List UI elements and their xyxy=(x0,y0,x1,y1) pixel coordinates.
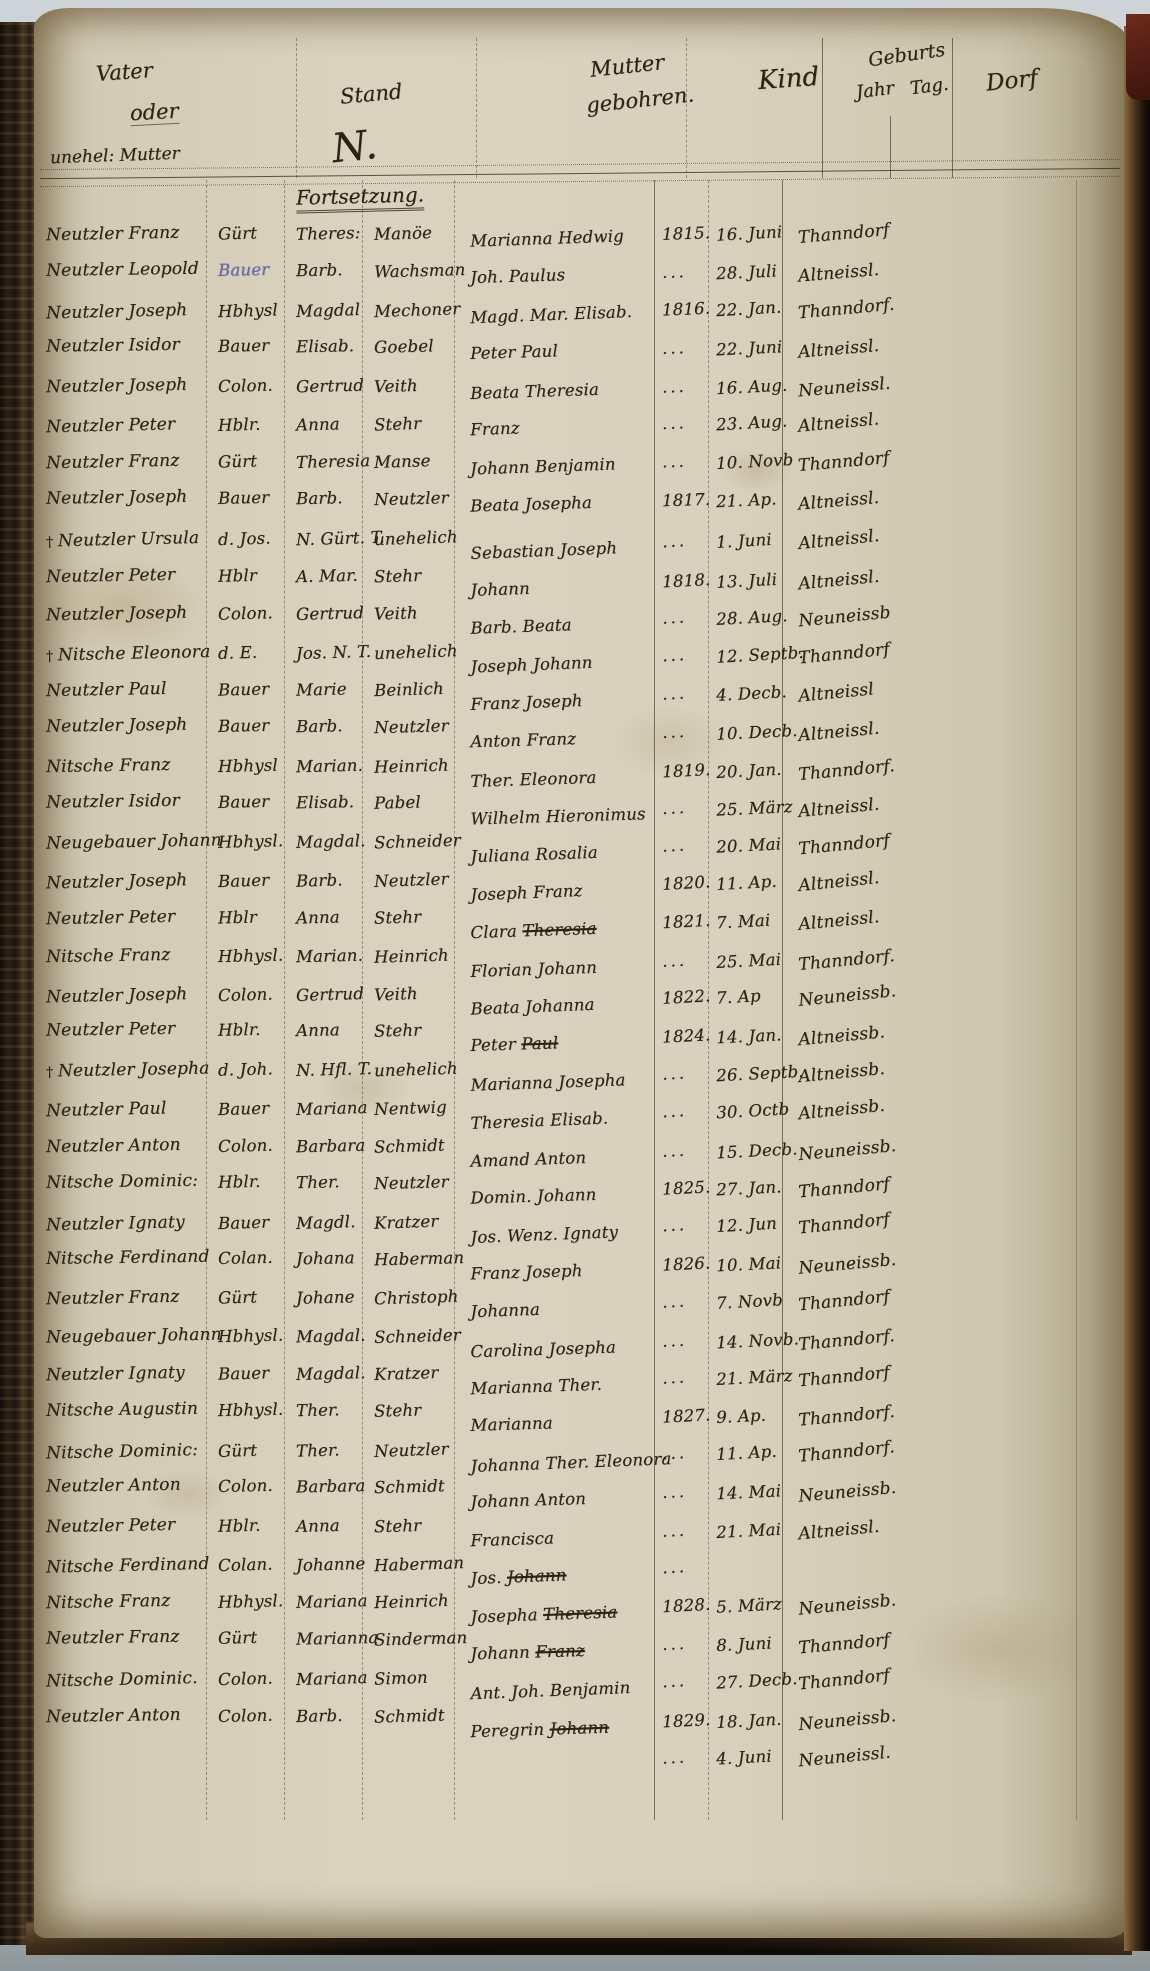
village-cell: Neuneissb. xyxy=(798,1590,898,1619)
mother-surname-cell: Stehr xyxy=(374,907,422,927)
stand-cell: Colon. xyxy=(218,984,273,1005)
column-header-village: Dorf xyxy=(985,65,1039,96)
mother-firstname-cell: Magdal xyxy=(296,300,361,321)
mother-firstname-cell: N. Hfl. T. xyxy=(296,1059,372,1080)
birth-year-cell: 1821. xyxy=(662,911,711,932)
birth-day-cell: 7. Novb xyxy=(716,1290,784,1312)
stand-cell: Bauer xyxy=(218,716,270,736)
child-name-cell: Barb. Beata xyxy=(470,615,572,638)
birth-day-cell: 27. Jan. xyxy=(716,1177,782,1199)
register-row: Neugebauer JohannHbhysl.Magdal.Schneider… xyxy=(34,1322,1128,1362)
column-header-birth: Geburts xyxy=(867,39,947,72)
mother-firstname-cell: Magdl. xyxy=(296,1212,356,1233)
child-name-cell: Peter Paul xyxy=(470,341,558,363)
village-cell: Neuneissb. xyxy=(798,1136,898,1165)
father-name-cell: Neutzler Anton xyxy=(46,1475,181,1497)
birth-year-cell: ... xyxy=(662,1141,688,1161)
father-name-cell: Neutzler Joseph xyxy=(46,487,188,509)
page-stack-edge xyxy=(1124,26,1150,1951)
village-cell: Altneissl. xyxy=(797,409,880,436)
stand-cell: Hbhysl xyxy=(218,756,278,776)
mother-surname-cell: Neutzler xyxy=(374,869,449,891)
mother-firstname-cell: Marianna xyxy=(296,1628,379,1649)
register-row: Neutzler JosephBauerBarb.NeutzlerAnton F… xyxy=(34,711,1128,754)
birth-day-cell: 14. Mai xyxy=(716,1481,782,1503)
village-cell: Altneissl. xyxy=(797,260,880,287)
child-name-cell: Wilhelm Hieronimus xyxy=(470,804,646,828)
birth-day-cell: 13. Juli xyxy=(716,570,778,592)
mother-firstname-cell: Anna xyxy=(296,907,340,927)
birth-year-cell: ... xyxy=(662,1063,688,1083)
stand-cell: Colon. xyxy=(218,603,273,623)
mother-surname-cell: Kratzer xyxy=(374,1363,439,1384)
mother-surname-cell: Neutzler xyxy=(374,1439,449,1461)
mother-surname-cell: unehelich xyxy=(374,641,458,663)
village-cell: Altneissl. xyxy=(797,526,880,554)
register-row: Neutzler JosephColon.GertrudVeithBarb. B… xyxy=(34,600,1128,638)
child-name-cell: Johanna xyxy=(470,1300,540,1321)
mother-firstname-cell: A. Mar. xyxy=(296,566,358,586)
child-name-cell: Franz Joseph xyxy=(470,1261,583,1283)
village-cell: Thanndorf xyxy=(798,1209,891,1238)
birth-day-cell: 18. Jan. xyxy=(716,1710,782,1732)
father-name-cell: Nitsche Ferdinand xyxy=(46,1247,210,1269)
register-row: Neutzler IsidorBauerElisab.GoebelPeter P… xyxy=(34,331,1128,374)
child-name-cell: Johann Franz xyxy=(470,1641,585,1663)
stand-cell: Bauer xyxy=(218,1363,270,1383)
register-row: Neutzler JosephBauerBarb.NeutzlerJoseph … xyxy=(34,864,1128,906)
village-cell: Altneissb. xyxy=(798,1059,886,1087)
register-page: Vater oder Stand Mutter gebohren. Kind G… xyxy=(34,8,1128,1938)
village-cell: Altneissl. xyxy=(797,336,880,363)
child-name-cell: Jos. Wenz. Ignaty xyxy=(470,1222,618,1247)
father-name-cell: Neutzler Peter xyxy=(46,907,176,929)
birth-day-cell: 10. Decb. xyxy=(716,721,798,744)
village-cell: Altneissl. xyxy=(798,795,881,822)
left-margin-note: unehel: Mutter xyxy=(50,144,180,169)
mother-firstname-cell: Barb. xyxy=(296,870,343,890)
birth-year-cell: 1820. xyxy=(662,872,711,894)
child-name-cell: Clara Theresia xyxy=(470,919,597,942)
village-cell: Thanndorf xyxy=(798,1665,891,1694)
mother-surname-cell: Kratzer xyxy=(374,1212,439,1233)
birth-year-cell: 1824. xyxy=(662,1025,711,1046)
column-header-child: Kind xyxy=(757,62,820,96)
mother-firstname-cell: Gertrud xyxy=(296,376,364,397)
village-cell: Thanndorf xyxy=(798,1174,891,1202)
village-cell: Neuneissb. xyxy=(798,981,898,1011)
mother-surname-cell: Stehr xyxy=(374,414,422,435)
father-name-cell: † Nitsche Eleonora xyxy=(46,642,211,666)
stand-cell: Hblr xyxy=(218,907,257,927)
village-cell: Thanndorf xyxy=(798,831,891,860)
mother-firstname-cell: Marian. xyxy=(296,756,363,777)
village-cell: Thanndorf xyxy=(798,1630,891,1658)
child-name-cell: Peregrin Johann xyxy=(470,1718,609,1742)
father-name-cell: Neutzler Peter xyxy=(46,414,176,437)
birth-day-cell: 25. März xyxy=(716,797,793,820)
column-divider xyxy=(686,38,687,178)
birth-day-cell: 8. Juni xyxy=(716,1633,772,1655)
child-name-cell: Carolina Josepha xyxy=(470,1338,616,1362)
birth-year-cell: 1819. xyxy=(662,760,711,781)
birth-year-cell: 1817. xyxy=(662,490,711,510)
birth-year-cell: ... xyxy=(662,951,688,971)
child-name-cell: Ther. Eleonora xyxy=(470,768,597,791)
birth-day-cell: 14. Jan. xyxy=(716,1025,782,1047)
mother-surname-cell: Pabel xyxy=(374,792,421,812)
village-cell: Altneissl. xyxy=(797,488,880,515)
birth-year-cell: ... xyxy=(662,798,688,818)
birth-day-cell: 10. Mai xyxy=(716,1253,782,1275)
village-cell: Thanndorf xyxy=(798,639,891,668)
book-binding xyxy=(0,22,38,1945)
stand-cell: Colon. xyxy=(218,1136,273,1156)
mother-surname-cell: Haberman xyxy=(374,1248,465,1269)
child-name-cell: Franz xyxy=(470,418,520,439)
child-name-cell: Anton Franz xyxy=(470,729,576,751)
mother-firstname-cell: Magdal. xyxy=(296,1326,366,1347)
register-row: Neutzler FranzGürtJohaneChristophJohanna… xyxy=(34,1284,1128,1322)
mother-surname-cell: Heinrich xyxy=(374,756,449,777)
village-cell: Altneissb. xyxy=(797,1096,885,1125)
mother-surname-cell: Neutzler xyxy=(374,716,449,737)
father-name-cell: Neutzler Joseph xyxy=(46,375,188,397)
mother-firstname-cell: Johana xyxy=(296,1248,355,1268)
father-name-cell: Neutzler Anton xyxy=(46,1135,181,1157)
birth-day-cell: 25. Mai xyxy=(716,950,782,972)
village-cell: Thanndorf. xyxy=(798,1437,896,1467)
stand-cell: d. E. xyxy=(218,643,258,663)
father-name-cell: Neutzler Joseph xyxy=(46,715,188,737)
stand-cell: Bauer xyxy=(218,679,270,699)
child-name-cell: Amand Anton xyxy=(470,1148,586,1171)
register-row: Nitsche FranzHbhyslMarian.HeinrichTher. … xyxy=(34,752,1128,792)
village-cell: Thanndorf xyxy=(798,1287,891,1316)
stand-cell: Gürt xyxy=(218,223,258,243)
birth-day-cell: 10. Novb xyxy=(716,450,794,473)
mother-surname-cell: Wachsman xyxy=(374,260,466,281)
stand-cell: Hbhysl. xyxy=(218,831,284,852)
village-cell: Thanndorf. xyxy=(797,295,895,324)
register-row: Neutzler PeterHblrAnnaStehrClara Theresi… xyxy=(34,904,1128,942)
birth-year-cell: ... xyxy=(662,607,688,627)
mother-firstname-cell: Gertrud xyxy=(296,603,364,624)
village-cell: Thanndorf xyxy=(797,448,890,476)
father-name-cell: Nitsche Ferdinand xyxy=(46,1554,210,1578)
column-header-father-line2: oder xyxy=(129,99,179,127)
mother-firstname-cell: Barb. xyxy=(296,1706,343,1726)
village-cell: Neuneissl. xyxy=(797,374,891,402)
father-name-cell: † Neutzler Ursula xyxy=(46,528,200,552)
father-name-cell: Neutzler Paul xyxy=(46,1098,167,1121)
birth-day-cell: 7. Mai xyxy=(716,911,771,933)
birth-year-cell: 1827. xyxy=(662,1405,711,1426)
village-cell: Altneissl. xyxy=(797,868,880,896)
register-row: Neutzler FranzGürtTheres:ManöeMarianna H… xyxy=(34,220,1128,258)
section-letter: N. xyxy=(330,122,380,172)
birth-year-cell: ... xyxy=(662,1557,688,1577)
village-cell: Thanndorf. xyxy=(798,1326,896,1355)
birth-day-cell: 1. Juni xyxy=(716,530,773,552)
father-name-cell: Nitsche Franz xyxy=(46,1591,171,1613)
mother-surname-cell: unehelich xyxy=(374,1059,458,1081)
village-cell: Thanndorf xyxy=(798,1363,891,1392)
village-cell: Altneissl. xyxy=(798,907,881,935)
column-divider xyxy=(822,38,823,178)
section-subtitle: Fortsetzung. xyxy=(296,182,425,213)
child-name-cell: Domin. Johann xyxy=(470,1185,597,1208)
mother-surname-cell: Veith xyxy=(374,984,418,1005)
stand-cell: Hbhysl. xyxy=(218,1400,284,1420)
mother-surname-cell: Neutzler xyxy=(374,1172,449,1193)
mother-firstname-cell: Gertrud xyxy=(296,984,364,1005)
mother-firstname-cell: Elisab. xyxy=(296,792,355,812)
mother-surname-cell: Veith xyxy=(374,376,418,396)
child-name-cell: Marianna Ther. xyxy=(470,1375,602,1399)
father-name-cell: Neutzler Peter xyxy=(46,565,176,587)
birth-day-cell: 7. Ap xyxy=(716,986,761,1007)
father-name-cell: Nitsche Franz xyxy=(46,945,171,967)
father-name-cell: Nitsche Dominic: xyxy=(46,1440,198,1463)
village-cell: Thanndorf. xyxy=(798,1402,896,1431)
father-name-cell: Neutzler Joseph xyxy=(46,300,188,323)
register-row: Neutzler IgnatyBauerMagdal.KratzerMarian… xyxy=(34,1360,1128,1398)
village-cell: Altneissl xyxy=(798,679,875,706)
mother-surname-cell: Heinrich xyxy=(374,946,449,967)
father-name-cell: Neutzler Paul xyxy=(46,679,167,701)
register-row: Nitsche FerdinandColan.JohanneHabermanJo… xyxy=(34,1548,1128,1590)
father-name-cell: Nitsche Franz xyxy=(46,755,171,777)
register-row: Nitsche Dominic:Hblr.Ther.NeutzlerDomin.… xyxy=(34,1167,1128,1210)
birth-day-cell: 12. Jun xyxy=(716,1214,778,1236)
village-cell: Neuneissb. xyxy=(798,1478,897,1507)
mother-surname-cell: Stehr xyxy=(374,566,422,586)
birth-day-cell: 27. Decb. xyxy=(716,1669,798,1693)
register-row: † Nitsche Eleonorad. E.Jos. N. T.uneheli… xyxy=(34,636,1128,678)
child-name-cell: Marianna xyxy=(470,1413,553,1434)
child-name-cell: Beata Theresia xyxy=(470,380,599,403)
register-row: Neutzler LeopoldBauerBarb.WachsmanJoh. P… xyxy=(34,255,1128,298)
mother-firstname-cell: Anna xyxy=(296,1020,340,1040)
register-row: Neugebauer JohannHbhysl.Magdal.Schneider… xyxy=(34,828,1128,866)
stand-cell: Bauer xyxy=(218,336,270,356)
mother-firstname-cell: Mariana xyxy=(296,1098,368,1119)
village-cell: Neuneissb xyxy=(798,603,892,632)
child-name-cell: Florian Johann xyxy=(470,958,597,981)
mother-firstname-cell: Johane xyxy=(296,1287,355,1308)
photo-of-register-book: Vater oder Stand Mutter gebohren. Kind G… xyxy=(0,0,1150,1971)
father-name-cell: Nitsche Dominic: xyxy=(46,1171,198,1193)
mother-surname-cell: Stehr xyxy=(374,1516,422,1536)
child-name-cell: Francisca xyxy=(470,1528,554,1550)
mother-firstname-cell: Ther. xyxy=(296,1172,340,1192)
father-name-cell: Nitsche Augustin xyxy=(46,1399,198,1421)
child-name-cell: Beata Josepha xyxy=(470,493,592,516)
father-name-cell: Neutzler Peter xyxy=(46,1515,176,1537)
register-row: Neutzler IgnatyBauerMagdl.KratzerJos. We… xyxy=(34,1206,1128,1248)
register-row: Neutzler PeterHblr.AnnaStehrPeter Paul18… xyxy=(34,1015,1128,1058)
stand-cell: Hbhysl xyxy=(218,300,278,321)
stand-cell: Hbhysl. xyxy=(218,1591,284,1612)
register-row: Neutzler PaulBauerMarianaNentwigTheresia… xyxy=(34,1092,1128,1134)
register-row: Neutzler IsidorBauerElisab.PabelWilhelm … xyxy=(34,787,1128,830)
mother-surname-cell: Mechoner xyxy=(374,299,461,321)
birth-year-cell: ... xyxy=(662,452,687,472)
register-row: Neutzler JosephColon.GertrudVeithBeata T… xyxy=(34,372,1128,412)
stand-cell: Colon. xyxy=(218,1476,273,1496)
birth-day-cell: 20. Jan. xyxy=(716,760,782,782)
child-name-cell: Magd. Mar. Elisab. xyxy=(470,302,633,327)
stand-cell: Hblr. xyxy=(218,1020,261,1040)
stand-cell: Gürt xyxy=(218,451,258,471)
birth-day-cell: 21. Ap. xyxy=(716,489,777,511)
father-name-cell: Neugebauer Johann xyxy=(46,1325,222,1348)
column-header-father: Vater xyxy=(95,58,153,86)
column-header-mother-line2: gebohren. xyxy=(585,82,695,117)
father-name-cell: Neutzler Franz xyxy=(46,223,180,246)
mother-firstname-cell: Ther. xyxy=(296,1440,340,1460)
father-name-cell: Neutzler Franz xyxy=(46,451,180,474)
father-name-cell: Neutzler Joseph xyxy=(46,603,188,626)
column-header-stand: Stand xyxy=(339,79,403,108)
register-row: Nitsche Dominic.Colon.MarianaSimonAnt. J… xyxy=(34,1662,1128,1704)
stand-cell: Bauer xyxy=(218,488,270,508)
register-row: Neutzler PeterHblr.AnnaStehrFranz...23. … xyxy=(34,408,1128,450)
register-row: † Neutzler Ursulad. Jos.N. Gürt. T.unehe… xyxy=(34,522,1128,564)
stand-cell: Hbhysl. xyxy=(218,1326,284,1347)
mother-firstname-cell: Mariana xyxy=(296,1668,368,1689)
mother-surname-cell: Schmidt xyxy=(374,1706,445,1727)
register-row: Neutzler AntonColon.BarbaraSchmidtAmand … xyxy=(34,1132,1128,1172)
stand-cell: Bauer xyxy=(218,792,270,812)
register-row: Neutzler FranzGürtTheresiaManseJohann Be… xyxy=(34,448,1128,486)
register-row: Neutzler AntonColon.Barb.SchmidtPeregrin… xyxy=(34,1702,1128,1742)
column-divider xyxy=(952,38,953,178)
birth-year-cell: ... xyxy=(662,1443,688,1463)
village-cell: Altneissl. xyxy=(798,567,881,595)
mother-firstname-cell: Magdal. xyxy=(296,1363,366,1384)
father-name-cell: Neutzler Isidor xyxy=(46,791,180,813)
column-divider xyxy=(890,116,891,178)
birth-year-cell: ... xyxy=(662,262,687,282)
register-row: Nitsche FranzHbhysl.Marian.HeinrichFlori… xyxy=(34,942,1128,982)
child-name-cell: Juliana Rosalia xyxy=(470,843,598,866)
register-row: Nitsche AugustinHbhysl.Ther.StehrMariann… xyxy=(34,1395,1128,1438)
mother-surname-cell: Stehr xyxy=(374,1020,422,1040)
mother-surname-cell: Sinderman xyxy=(374,1628,468,1649)
child-name-cell: Joseph Franz xyxy=(470,881,583,904)
child-name-cell: Beata Johanna xyxy=(470,995,595,1019)
child-name-cell: Johanna Ther. Eleonora xyxy=(470,1449,672,1476)
birth-year-cell: 1829. xyxy=(662,1710,711,1731)
child-name-cell: Joseph Johann xyxy=(470,653,593,677)
stand-cell: Hblr. xyxy=(218,415,261,435)
mother-firstname-cell: N. Gürt. T. xyxy=(296,528,385,550)
father-name-cell: Neutzler Joseph xyxy=(46,984,188,1007)
stand-cell: Colon. xyxy=(218,1668,273,1689)
stand-cell: Hbhysl. xyxy=(218,946,284,967)
village-cell: Altneissl. xyxy=(798,1517,881,1545)
father-name-cell: Neugebauer Johann xyxy=(46,830,222,853)
father-name-cell: Nitsche Dominic. xyxy=(46,1668,198,1691)
birth-year-cell: 1825. xyxy=(662,1177,711,1198)
stand-cell: Colon. xyxy=(218,376,273,396)
stand-cell: Gürt xyxy=(218,1441,258,1461)
mother-firstname-cell: Barbara xyxy=(296,1136,366,1157)
mother-surname-cell: Schmidt xyxy=(374,1476,445,1497)
stand-cell: d. Jos. xyxy=(218,529,271,550)
mother-firstname-cell: Anna xyxy=(296,414,340,434)
birth-day-cell: 5. März xyxy=(716,1594,783,1616)
child-name-cell: Franz Joseph xyxy=(470,691,583,714)
birth-year-cell: ... xyxy=(662,1367,688,1387)
birth-year-cell: ... xyxy=(662,1521,688,1541)
village-cell: Thanndorf xyxy=(797,220,890,248)
birth-day-cell: 28. Aug. xyxy=(716,606,788,629)
village-cell: Altneissb. xyxy=(798,1022,886,1050)
birth-year-cell: ... xyxy=(662,338,687,358)
father-name-cell: Neutzler Franz xyxy=(46,1627,180,1649)
register-row: Neutzler JosephColon.GertrudVeithBeata J… xyxy=(34,978,1128,1020)
birth-year-cell: ... xyxy=(662,413,687,433)
father-name-cell: Neutzler Ignaty xyxy=(46,1212,185,1235)
birth-year-cell: ... xyxy=(662,1482,688,1502)
birth-day-cell: 23. Aug. xyxy=(716,411,788,434)
mother-firstname-cell: Theresia xyxy=(296,451,371,472)
birth-day-cell: 4. Decb. xyxy=(716,682,788,705)
birth-year-cell: ... xyxy=(662,1331,688,1351)
birth-year-cell: ... xyxy=(662,1747,688,1767)
child-name-cell: Marianna Josepha xyxy=(470,1070,626,1094)
mother-surname-cell: Simon xyxy=(374,1668,428,1689)
register-row: † Neutzler Josephad. Joh.N. Hfl. T.unehe… xyxy=(34,1056,1128,1094)
mother-surname-cell: Manöe xyxy=(374,223,433,244)
register-rows: Neutzler FranzGürtTheres:ManöeMarianna H… xyxy=(34,220,1128,1778)
mother-firstname-cell: Johanne xyxy=(296,1554,366,1575)
child-name-cell: Johann Anton xyxy=(470,1489,586,1511)
mother-surname-cell: Neutzler xyxy=(374,488,449,509)
mother-firstname-cell: Ther. xyxy=(296,1400,340,1420)
stand-cell: Hblr. xyxy=(218,1516,261,1536)
child-name-cell: Joh. Paulus xyxy=(470,265,566,287)
mother-surname-cell: Nentwig xyxy=(374,1097,447,1119)
birth-day-cell: 11. Ap. xyxy=(716,872,778,894)
birth-year-cell: ... xyxy=(662,1291,688,1311)
mother-firstname-cell: Elisab. xyxy=(296,336,355,356)
register-row: ...4. JuniNeuneissl. xyxy=(34,1740,1128,1778)
birth-day-cell: 14. Novb. xyxy=(716,1329,800,1352)
birth-year-cell: ... xyxy=(662,531,688,551)
mother-surname-cell: Christoph xyxy=(374,1287,459,1309)
mother-surname-cell: Beinlich xyxy=(374,679,444,700)
birth-year-cell: 1826. xyxy=(662,1253,711,1274)
birth-year-cell: ... xyxy=(662,1634,688,1654)
village-cell: Neuneissb. xyxy=(798,1250,897,1279)
child-name-cell: Ant. Joh. Benjamin xyxy=(470,1678,631,1703)
birth-year-cell: ... xyxy=(662,377,687,397)
stand-cell: Bauer xyxy=(218,1099,270,1120)
register-row: Neutzler AntonColon.BarbaraSchmidtJohann… xyxy=(34,1471,1128,1514)
mother-firstname-cell: Barbara xyxy=(296,1476,366,1496)
birth-day-cell: 9. Ap. xyxy=(716,1406,767,1427)
mother-firstname-cell: Barb. xyxy=(296,716,343,736)
birth-day-cell: 11. Ap. xyxy=(716,1442,778,1464)
birth-year-cell: 1822. xyxy=(662,986,711,1008)
father-name-cell: Neutzler Franz xyxy=(46,1287,180,1310)
village-cell: Thanndorf. xyxy=(798,946,896,975)
register-row: Neutzler JosephHbhyslMagdalMechonerMagd.… xyxy=(34,294,1128,336)
